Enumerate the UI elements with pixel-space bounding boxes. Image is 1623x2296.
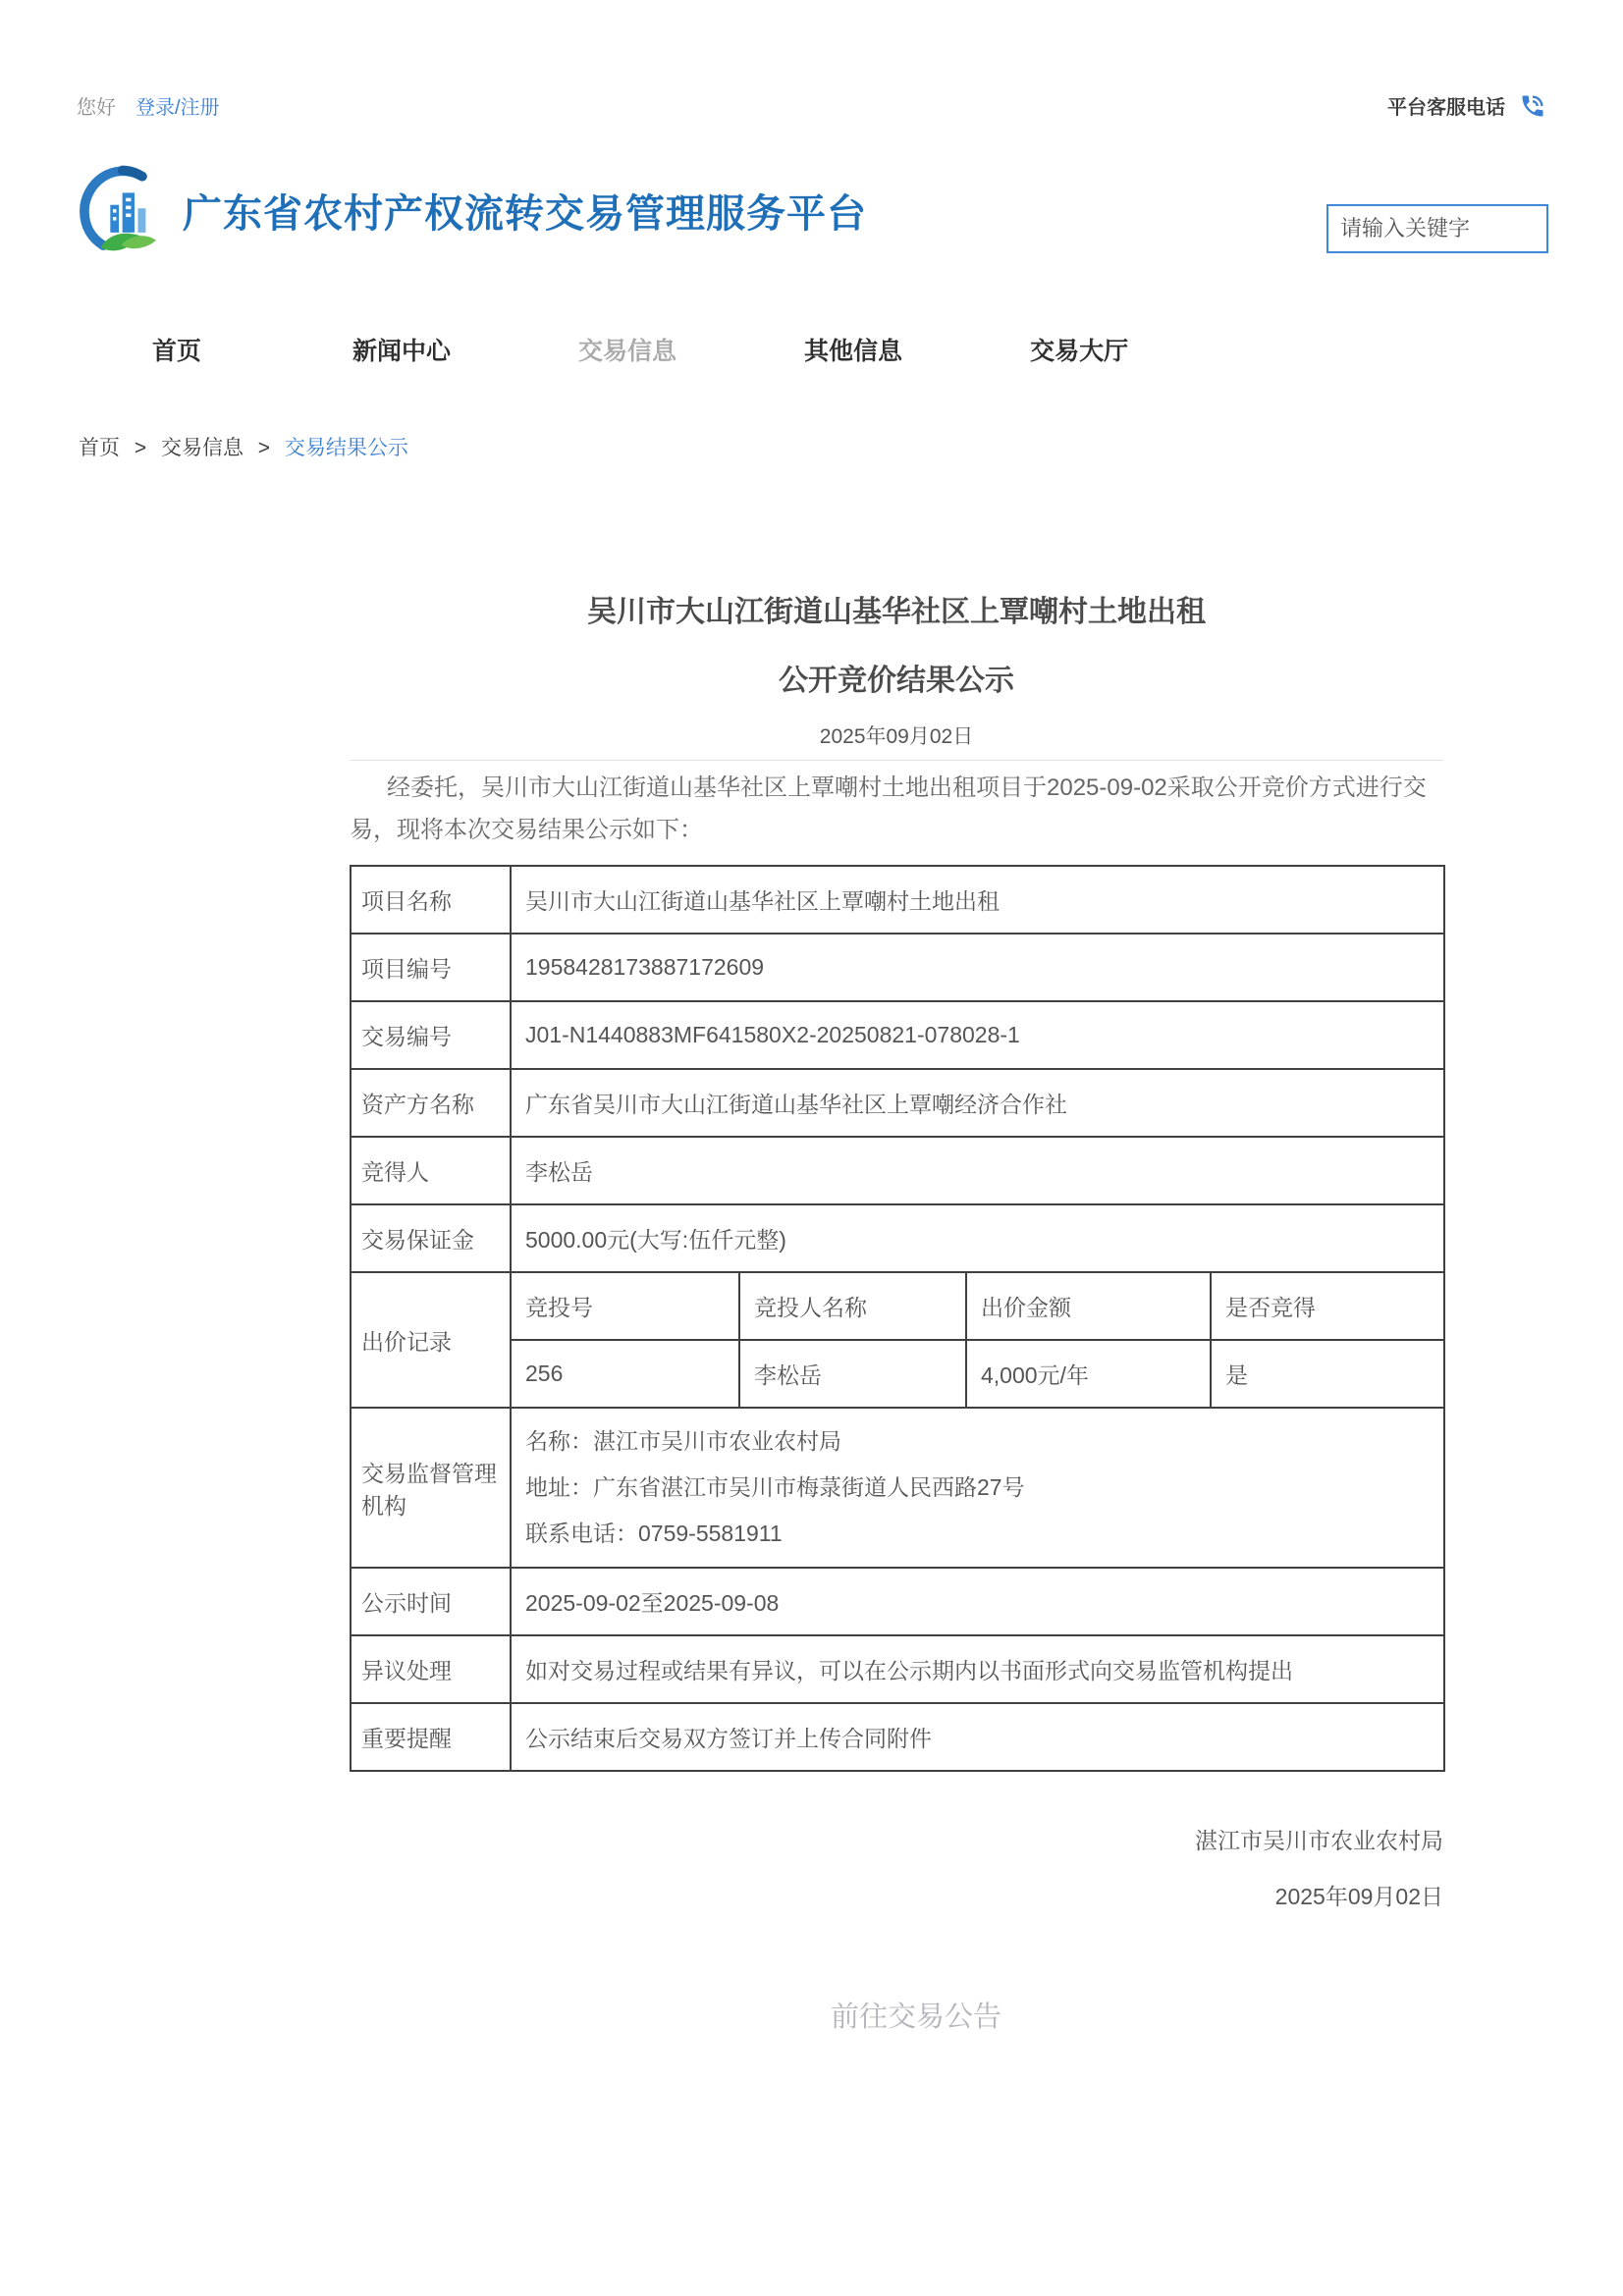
table-row: 交易保证金 5000.00元(大写:伍仟元整) [351,1204,1444,1272]
bids-header-amount: 出价金额 [966,1272,1211,1340]
publicity-label: 公示时间 [351,1568,511,1635]
announcement-subtitle: 公开竞价结果公示 [350,662,1443,701]
bids-value-won: 是 [1211,1340,1444,1408]
owner-value: 广东省吴川市大山江街道山基华社区上覃嘲经济合作社 [511,1069,1444,1137]
nav-item-trade-info[interactable]: 交易信息 [578,334,676,369]
trade-no-label: 交易编号 [351,1001,511,1069]
deposit-value: 5000.00元(大写:伍仟元整) [511,1204,1444,1272]
greeting-text: 您好 [77,91,116,120]
breadcrumb-trade-info[interactable]: 交易信息 [161,437,243,459]
top-utility-bar: 您好 登录/注册 平台客服电话 [77,91,1546,120]
breadcrumb-home[interactable]: 首页 [79,437,120,459]
publicity-value: 2025-09-02至2025-09-08 [511,1568,1444,1635]
signature-org: 湛江市吴川市农业农村局 [350,1823,1443,1855]
supervisor-label: 交易监督管理机构 [351,1408,511,1568]
table-row: 项目编号 1958428173887172609 [351,934,1444,1001]
breadcrumb: 首页 > 交易信息 > 交易结果公示 [79,432,408,461]
nav-item-other-info[interactable]: 其他信息 [804,334,902,369]
search-input[interactable] [1326,204,1548,253]
winner-label: 竞得人 [351,1137,511,1204]
winner-value: 李松岳 [511,1137,1444,1204]
trade-no-value: J01-N1440883MF641580X2-20250821-078028-1 [511,1001,1444,1069]
bids-header-bidder: 竞投人名称 [739,1272,966,1340]
nav-item-trade-hall[interactable]: 交易大厅 [1030,334,1128,369]
table-row: 公示时间 2025-09-02至2025-09-08 [351,1568,1444,1635]
announcement-title: 吴川市大山江街道山基华社区上覃嘲村土地出租 [350,593,1443,632]
bids-label: 出价记录 [351,1272,511,1408]
phone-icon [1519,92,1546,120]
login-register-link[interactable]: 登录/注册 [135,91,220,120]
supervisor-address: 地址：广东省湛江市吴川市梅菉街道人民西路27号 [525,1465,1430,1511]
bids-header-no: 竞投号 [511,1272,739,1340]
bids-header-won: 是否竞得 [1211,1272,1444,1340]
announcement-intro: 经委托，吴川市大山江街道山基华社区上覃嘲村土地出租项目于2025-09-02采取… [350,767,1443,851]
objection-value: 如对交易过程或结果有异议，可以在公示期内以书面形式向交易监管机构提出 [511,1635,1444,1703]
reminder-label: 重要提醒 [351,1703,511,1771]
bids-value-amount: 4,000元/年 [966,1340,1211,1408]
result-table: 项目名称 吴川市大山江街道山基华社区上覃嘲村土地出租 项目编号 19584281… [350,865,1445,1772]
supervisor-phone: 联系电话：0759-5581911 [525,1511,1430,1557]
owner-label: 资产方名称 [351,1069,511,1137]
project-name-label: 项目名称 [351,866,511,934]
table-row: 交易编号 J01-N1440883MF641580X2-20250821-078… [351,1001,1444,1069]
breadcrumb-separator: > [135,437,146,459]
site-title: 广东省农村产权流转交易管理服务平台 [183,183,867,239]
divider [350,760,1443,761]
table-row: 竞得人 李松岳 [351,1137,1444,1204]
table-row: 交易监督管理机构 名称：湛江市吴川市农业农村局 地址：广东省湛江市吴川市梅菉街道… [351,1408,1444,1568]
table-row-bids-value: 256 李松岳 4,000元/年 是 [351,1340,1444,1408]
reminder-value: 公示结束后交易双方签订并上传合同附件 [511,1703,1444,1771]
project-no-value: 1958428173887172609 [511,934,1444,1001]
bids-value-no: 256 [511,1340,739,1408]
signature-date: 2025年09月02日 [350,1879,1443,1911]
breadcrumb-separator: > [258,437,270,459]
deposit-label: 交易保证金 [351,1204,511,1272]
service-phone-label: 平台客服电话 [1387,91,1505,120]
objection-label: 异议处理 [351,1635,511,1703]
announcement-date: 2025年09月02日 [350,722,1443,752]
nav-item-home[interactable]: 首页 [152,334,201,369]
bids-value-bidder: 李松岳 [739,1340,966,1408]
signature-block: 湛江市吴川市农业农村局 2025年09月02日 [350,1823,1443,1911]
service-phone-area: 平台客服电话 [1387,91,1546,120]
breadcrumb-current-page[interactable]: 交易结果公示 [285,437,408,459]
site-logo-icon[interactable] [77,165,163,255]
table-row-bids-header: 出价记录 竞投号 竞投人名称 出价金额 是否竞得 [351,1272,1444,1340]
table-row: 项目名称 吴川市大山江街道山基华社区上覃嘲村土地出租 [351,866,1444,934]
primary-nav: 首页 新闻中心 交易信息 其他信息 交易大厅 [152,334,1128,369]
project-no-label: 项目编号 [351,934,511,1001]
supervisor-name: 名称：湛江市吴川市农业农村局 [525,1418,1430,1465]
greeting-area: 您好 登录/注册 [77,91,220,120]
supervisor-value: 名称：湛江市吴川市农业农村局 地址：广东省湛江市吴川市梅菉街道人民西路27号 联… [511,1408,1444,1568]
footer-link-area: 前往交易公告 [369,1995,1463,2035]
site-header: 广东省农村产权流转交易管理服务平台 [77,165,1548,258]
table-row: 资产方名称 广东省吴川市大山江街道山基华社区上覃嘲经济合作社 [351,1069,1444,1137]
project-name-value: 吴川市大山江街道山基华社区上覃嘲村土地出租 [511,866,1444,934]
nav-item-news[interactable]: 新闻中心 [352,334,451,369]
announcement-document: 吴川市大山江街道山基华社区上覃嘲村土地出租 公开竞价结果公示 2025年09月0… [350,593,1443,1911]
table-row: 异议处理 如对交易过程或结果有异议，可以在公示期内以书面形式向交易监管机构提出 [351,1635,1444,1703]
table-row: 重要提醒 公示结束后交易双方签订并上传合同附件 [351,1703,1444,1771]
search-box [1326,204,1548,253]
go-to-trade-notice-link[interactable]: 前往交易公告 [831,2002,1001,2033]
